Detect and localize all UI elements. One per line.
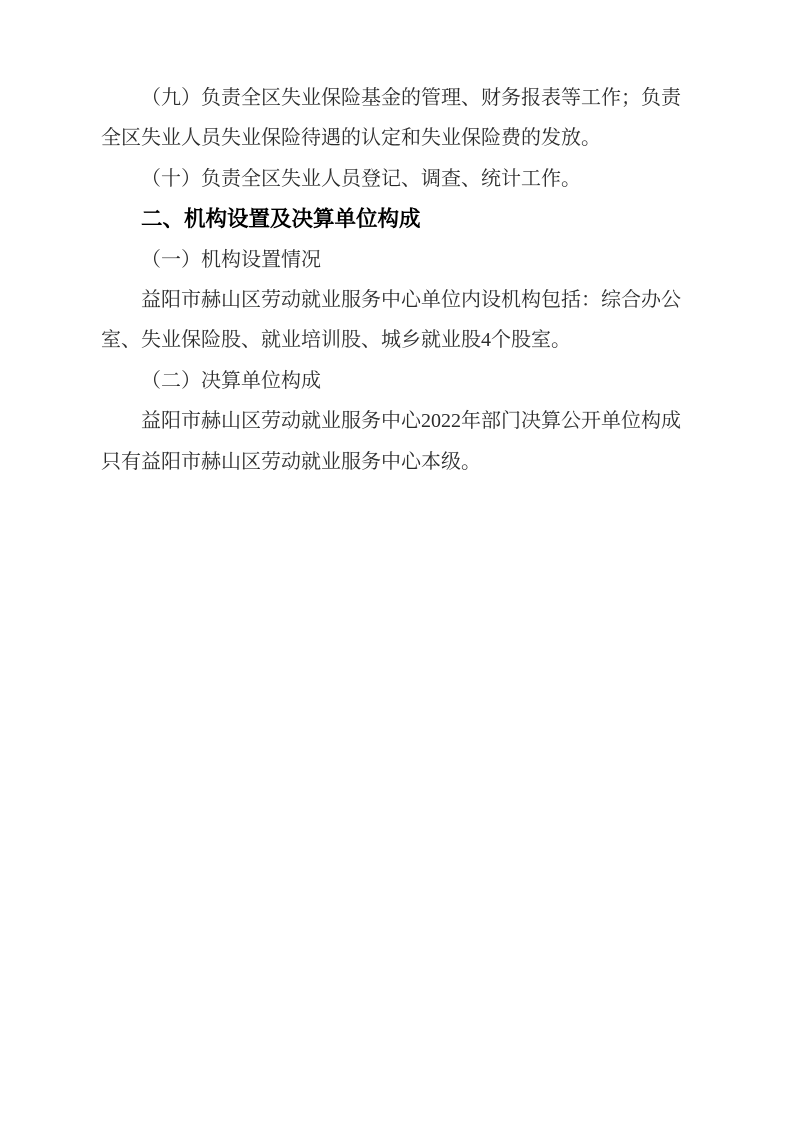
paragraph-duty-nine: （九）负责全区失业保险基金的管理、财务报表等工作；负责全区失业人员失业保险待遇的… xyxy=(101,78,681,159)
paragraph-unit-composition: 益阳市赫山区劳动就业服务中心2022年部门决算公开单位构成只有益阳市赫山区劳动就… xyxy=(101,401,681,482)
subsection-heading-unit-composition: （二）决算单位构成 xyxy=(101,361,681,401)
document-content: （九）负责全区失业保险基金的管理、财务报表等工作；负责全区失业人员失业保险待遇的… xyxy=(101,78,681,482)
paragraph-internal-org: 益阳市赫山区劳动就业服务中心单位内设机构包括：综合办公室、失业保险股、就业培训股… xyxy=(101,280,681,361)
document-page: （九）负责全区失业保险基金的管理、财务报表等工作；负责全区失业人员失业保险待遇的… xyxy=(0,0,793,1122)
subsection-heading-org-setup: （一）机构设置情况 xyxy=(101,240,681,280)
paragraph-duty-ten: （十）负责全区失业人员登记、调查、统计工作。 xyxy=(101,159,681,199)
section-heading-organization: 二、机构设置及决算单位构成 xyxy=(101,199,681,239)
